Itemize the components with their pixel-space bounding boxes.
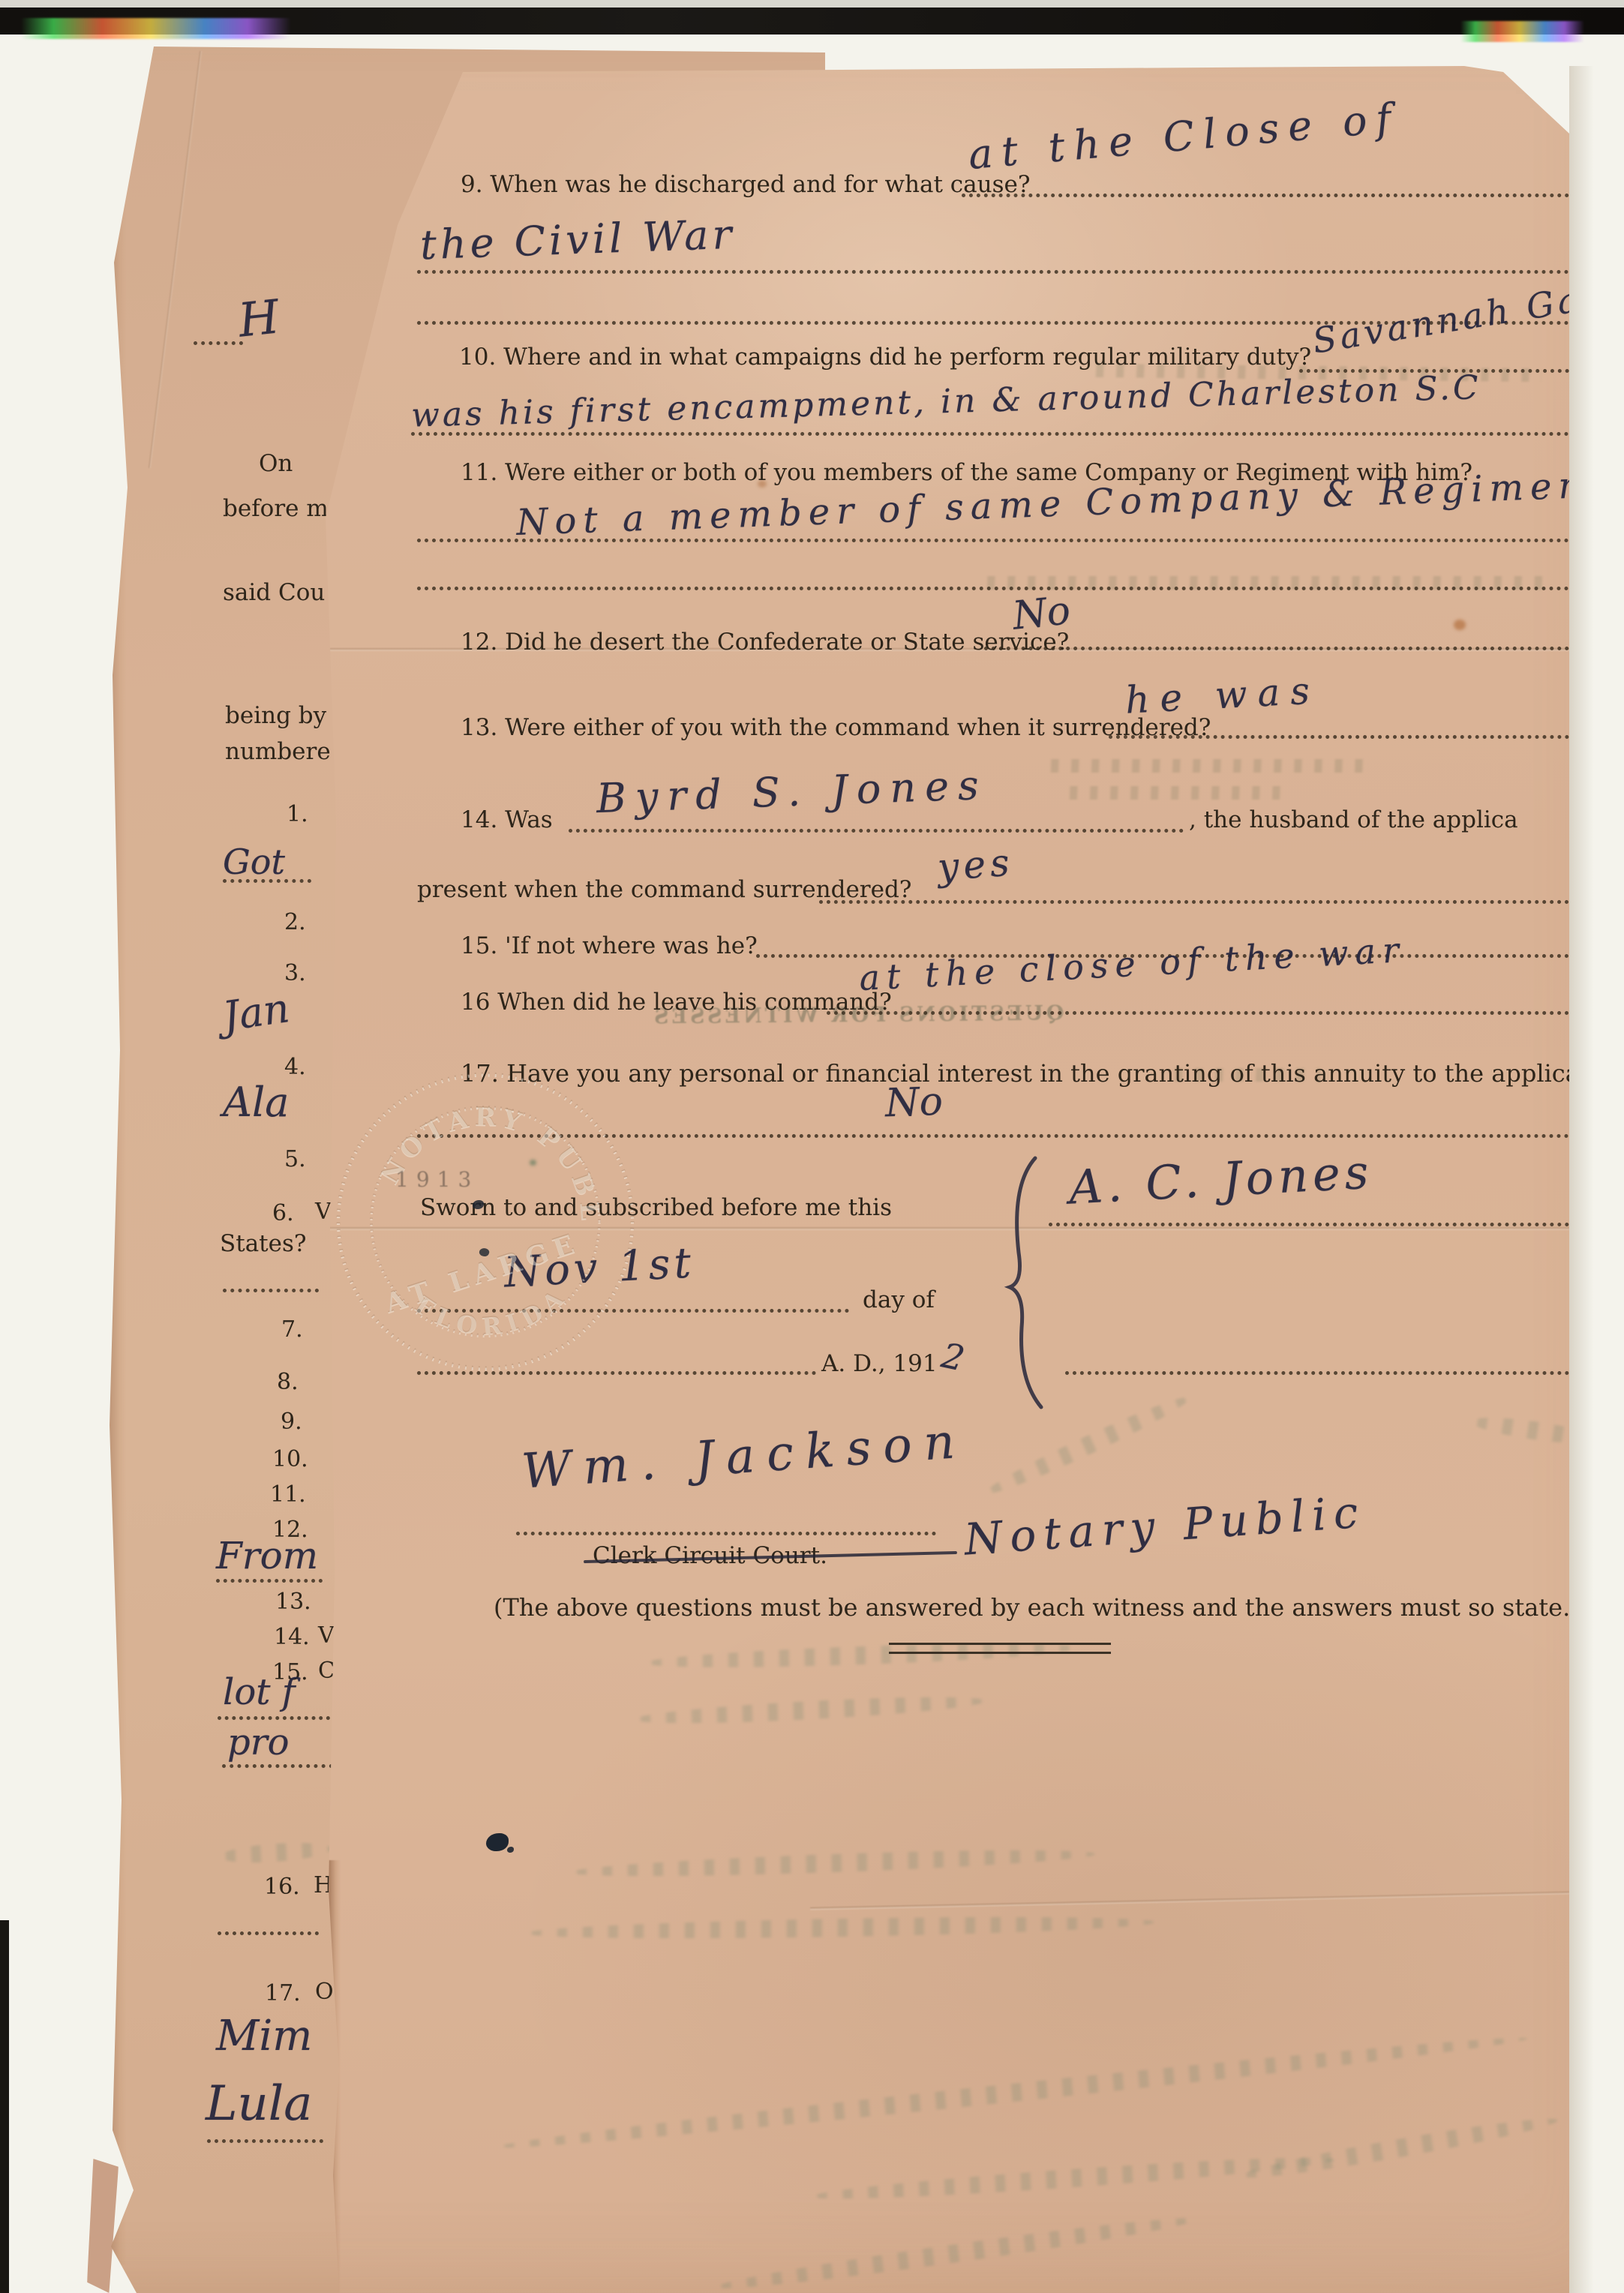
bleedthrough-handwriting — [634, 1692, 987, 1729]
question-number: 16. — [264, 1874, 300, 1900]
handwriting-fragment: pro — [227, 1721, 290, 1763]
handwriting-fragment: Jan — [220, 984, 293, 1040]
officer-signature-handwriting: Wm. Jackson — [520, 1413, 968, 1499]
question-number: 7. — [281, 1316, 303, 1343]
question-number: 2. — [284, 909, 306, 935]
printed-fragment: being by — [225, 702, 326, 729]
bleedthrough-handwriting — [525, 1913, 1155, 1943]
printed-fragment: numbere — [225, 738, 331, 765]
ink-fleck — [530, 1160, 536, 1166]
dotted-line — [218, 1931, 319, 1935]
ad-year-label: A. D., 191 — [821, 1350, 938, 1377]
notary-public-handwriting: Notary Public — [962, 1486, 1367, 1565]
question-12-answer-handwriting: No — [1010, 588, 1073, 639]
back-fold-crease — [149, 51, 202, 468]
question-number: 1. — [287, 801, 308, 827]
ink-blot-satellite — [507, 1847, 514, 1853]
question-number: 13. — [275, 1589, 311, 1615]
scanner-top-edge — [0, 0, 1624, 8]
bleedthrough-text — [1046, 759, 1369, 773]
dotted-line — [222, 1764, 333, 1768]
question-14-label-end: , the husband of the applica — [1189, 806, 1518, 833]
embossed-notary-seal: NOTARY PUBLIC NOTARY PUBLIC AT LARGE AT … — [320, 1056, 650, 1386]
brace — [989, 1155, 1056, 1410]
scan-rainbow-artifact-left — [21, 18, 291, 39]
question-10-label: 10. Where and in what campaigns did he p… — [459, 344, 1311, 371]
dotted-line — [417, 539, 1569, 542]
bleedthrough-text — [1065, 786, 1290, 800]
bleedthrough-handwriting — [570, 1845, 1095, 1881]
dotted-line — [1109, 735, 1569, 739]
question-number: 6. — [272, 1200, 294, 1226]
dotted-line — [516, 1532, 936, 1535]
printed-fragment: On — [259, 450, 293, 477]
dotted-line — [223, 1289, 319, 1292]
question-14-answer-handwriting: yes — [936, 841, 1015, 890]
dotted-line — [207, 2139, 323, 2143]
question-10-answer-handwriting: was his first encampment, in & around Ch… — [411, 368, 1482, 434]
paper-stain — [1454, 620, 1466, 630]
handwriting-illegible — [218, 1840, 332, 1865]
dotted-line — [417, 270, 1569, 274]
handwriting-fragment: lot f — [223, 1671, 296, 1713]
dotted-line — [411, 432, 1569, 436]
instruction-note: (The above questions must be answered by… — [494, 1593, 1580, 1622]
question-number: 8. — [277, 1369, 299, 1395]
dotted-line — [417, 587, 1569, 590]
scanner-left-edge — [0, 1920, 9, 2293]
handwriting-fragment: Got — [223, 842, 285, 882]
scan-right-shadow — [1569, 66, 1624, 2293]
printed-fragment: V — [315, 1199, 332, 1225]
ink-blot — [486, 1833, 509, 1851]
question-17-answer-handwriting: No — [884, 1079, 944, 1127]
question-number: 3. — [284, 960, 306, 986]
question-number: 14. — [274, 1624, 310, 1650]
question-16-answer-handwriting: at the close of the war — [858, 929, 1406, 998]
question-number: 11. — [270, 1481, 306, 1508]
dotted-line — [819, 900, 1569, 904]
dotted-line — [827, 1011, 1569, 1015]
dotted-line — [216, 1579, 323, 1583]
dotted-line — [223, 879, 311, 883]
printed-fragment: V — [318, 1622, 335, 1649]
printed-fragment: O — [315, 1979, 334, 2005]
faded-date-stamp: 1913 — [395, 1167, 479, 1192]
bleedthrough-handwriting — [1238, 2111, 1559, 2185]
torn-paper-sliver — [87, 2159, 119, 2293]
handwriting-fragment: Ala — [223, 1079, 289, 1126]
printed-fragment: before m — [223, 495, 329, 522]
question-number: 4. — [284, 1054, 306, 1080]
dotted-line — [218, 1716, 330, 1720]
printed-fragment: said Cou — [223, 579, 325, 606]
question-10-answer-handwriting: Savannah Ga. — [1310, 276, 1599, 361]
handwriting-fragment: Lula — [206, 2076, 312, 2132]
question-number: 17. — [265, 1980, 301, 2006]
bleedthrough-handwriting — [713, 2210, 1199, 2293]
dotted-line — [1049, 1223, 1569, 1226]
bleedthrough-handwriting — [497, 2030, 1529, 2156]
handwriting-fragment: From — [216, 1534, 318, 1577]
question-14-label-start: 14. Was — [461, 806, 553, 833]
question-9-answer-handwriting: at the Close of — [966, 94, 1401, 179]
dotted-line — [194, 341, 243, 345]
handwriting-fragment: Mim — [216, 2012, 312, 2060]
dotted-line — [962, 194, 1569, 197]
dotted-line — [984, 647, 1569, 650]
question-number: 5. — [284, 1146, 306, 1172]
dotted-line — [1065, 1371, 1569, 1375]
year-handwriting: 2 — [938, 1335, 968, 1379]
double-rule-bottom — [889, 1652, 1111, 1654]
torn-edge — [110, 53, 126, 2265]
question-9-answer-handwriting: the Civil War — [419, 211, 736, 269]
printed-fragment: States? — [220, 1230, 307, 1257]
scanned-document: H On before m said Cou being by numbere … — [0, 0, 1624, 2293]
question-number: 10. — [272, 1446, 308, 1472]
double-rule-top — [889, 1643, 1111, 1645]
question-number: 9. — [281, 1409, 302, 1435]
question-14-name-handwriting: Byrd S. Jones — [596, 761, 989, 822]
scan-rainbow-artifact-right — [1460, 21, 1584, 42]
day-of-label: day of — [863, 1286, 935, 1313]
fold-crease — [810, 1891, 1569, 1910]
question-12-label: 12. Did he desert the Confederate or Sta… — [461, 629, 1069, 656]
handwriting-fragment: H — [236, 289, 281, 347]
question-15-label: 15. 'If not where was he? — [461, 932, 758, 959]
question-13-label: 13. Were either of you with the command … — [461, 714, 1211, 741]
question-13-answer-handwriting: he was — [1124, 668, 1322, 722]
question-14-label-line2: present when the command surrendered? — [417, 876, 911, 903]
dotted-line — [569, 829, 1184, 833]
question-9-label: 9. When was he discharged and for what c… — [461, 171, 1031, 198]
bleedthrough-handwriting — [810, 2151, 1335, 2206]
witness-signature-handwriting: A. C. Jones — [1067, 1144, 1374, 1214]
